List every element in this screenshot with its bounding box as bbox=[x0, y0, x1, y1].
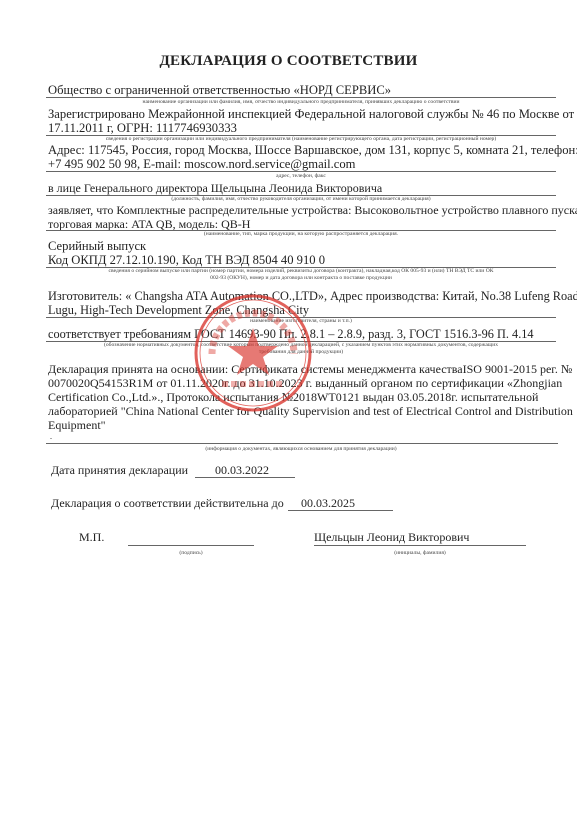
basis-caption: (информация о документах, являющихся осн… bbox=[46, 446, 556, 453]
registration-line-1: Зарегистрировано Межрайонной инспекцией … bbox=[48, 107, 574, 122]
representative-caption: (должность, фамилия, имя, отчество руков… bbox=[46, 196, 556, 203]
accept-date-value: 00.03.2022 bbox=[215, 463, 269, 478]
serial-line-2: Код ОКПД 27.12.10.190, Код ТН ВЭД 8504 4… bbox=[48, 253, 325, 268]
basis-underline bbox=[46, 443, 558, 444]
accept-date-underline bbox=[195, 477, 295, 478]
serial-line-1: Серийный выпуск bbox=[48, 239, 146, 254]
registration-line-2: 17.11.2011 г, ОГРН: 1117746930333 bbox=[48, 121, 237, 136]
product-line-1: заявляет, что Комплектные распределитель… bbox=[48, 203, 577, 218]
signature-caption: (подпись) bbox=[128, 550, 254, 557]
product-caption: (наименование, тип, марка продукции, на … bbox=[46, 231, 556, 238]
valid-until-value: 00.03.2025 bbox=[301, 496, 355, 511]
representative: в лице Генерального директора Щельцына Л… bbox=[48, 181, 382, 196]
signatory-caption: (инициалы, фамилия) bbox=[314, 550, 526, 557]
address-line-2: +7 495 902 50 98, E-mail: moscow.nord.se… bbox=[48, 157, 355, 172]
applicant-underline bbox=[46, 97, 556, 98]
signature-line bbox=[128, 545, 254, 546]
serial-caption-line-1: сведения о серийном выпуске или партии (… bbox=[46, 268, 556, 275]
address-underline bbox=[46, 171, 556, 172]
registration-caption: сведения о регистрации организации или и… bbox=[46, 136, 556, 143]
valid-until-underline bbox=[288, 510, 393, 511]
company-seal-stamp-icon bbox=[192, 292, 314, 414]
valid-until-label: Декларация о соответствии действительна … bbox=[51, 496, 284, 511]
basis-trailing-dot: . bbox=[50, 432, 52, 441]
basis-line: Equipment" bbox=[48, 418, 558, 432]
address-caption: адрес, телефон, факс bbox=[46, 173, 556, 180]
address-line-1: Адрес: 117545, Россия, город Москва, Шос… bbox=[48, 143, 577, 158]
signatory-name: Щельцын Леонид Викторович bbox=[314, 530, 469, 545]
signatory-underline bbox=[314, 545, 526, 546]
accept-date-label: Дата принятия декларации bbox=[51, 463, 188, 478]
applicant-name: Общество с ограниченной ответственностью… bbox=[48, 83, 391, 98]
document-title: ДЕКЛАРАЦИЯ О СООТВЕТСТВИИ bbox=[0, 53, 577, 70]
serial-caption-line-2: 002-93 (ОКУН), номер и дата договора или… bbox=[46, 275, 556, 282]
seal-label: М.П. bbox=[79, 530, 104, 545]
applicant-caption: наименование организации или фамилия, им… bbox=[46, 99, 556, 106]
